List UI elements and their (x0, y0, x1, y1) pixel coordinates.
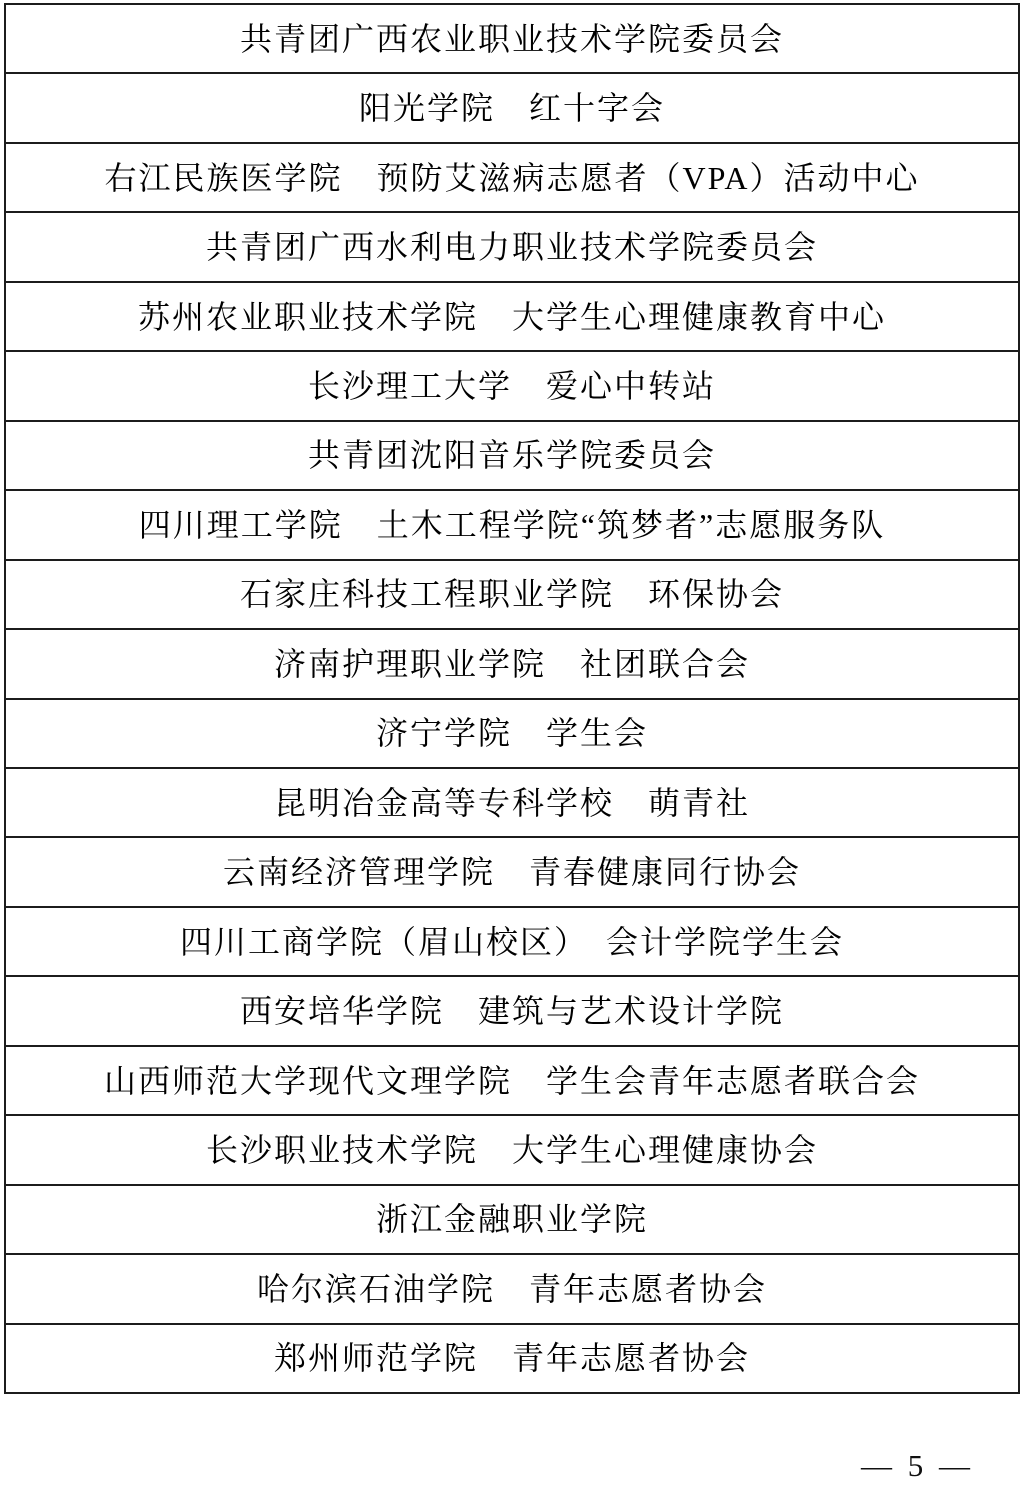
table-row: 浙江金融职业学院 (6, 1186, 1018, 1255)
table-row: 共青团广西农业职业技术学院委员会 (6, 5, 1018, 74)
table-row: 哈尔滨石油学院 青年志愿者协会 (6, 1255, 1018, 1324)
table-row: 右江民族医学院 预防艾滋病志愿者（VPA）活动中心 (6, 144, 1018, 213)
table-row: 共青团沈阳音乐学院委员会 (6, 422, 1018, 491)
table-row: 长沙职业技术学院 大学生心理健康协会 (6, 1116, 1018, 1185)
table-row: 济宁学院 学生会 (6, 700, 1018, 769)
table-row: 共青团广西水利电力职业技术学院委员会 (6, 213, 1018, 282)
table-row: 长沙理工大学 爱心中转站 (6, 352, 1018, 421)
table-row: 云南经济管理学院 青春健康同行协会 (6, 838, 1018, 907)
table-row: 昆明冶金高等专科学校 萌青社 (6, 769, 1018, 838)
table-row: 石家庄科技工程职业学院 环保协会 (6, 561, 1018, 630)
table-row: 西安培华学院 建筑与艺术设计学院 (6, 977, 1018, 1046)
table-row: 郑州师范学院 青年志愿者协会 (6, 1325, 1018, 1392)
table-row: 四川工商学院（眉山校区） 会计学院学生会 (6, 908, 1018, 977)
organization-list-table: 共青团广西农业职业技术学院委员会 阳光学院 红十字会 右江民族医学院 预防艾滋病… (4, 3, 1020, 1394)
table-row: 山西师范大学现代文理学院 学生会青年志愿者联合会 (6, 1047, 1018, 1116)
document-page: 共青团广西农业职业技术学院委员会 阳光学院 红十字会 右江民族医学院 预防艾滋病… (0, 0, 1024, 1487)
table-row: 济南护理职业学院 社团联合会 (6, 630, 1018, 699)
table-row: 苏州农业职业技术学院 大学生心理健康教育中心 (6, 283, 1018, 352)
page-number: — 5 — (861, 1448, 974, 1484)
table-row: 阳光学院 红十字会 (6, 74, 1018, 143)
table-row: 四川理工学院 土木工程学院“筑梦者”志愿服务队 (6, 491, 1018, 560)
